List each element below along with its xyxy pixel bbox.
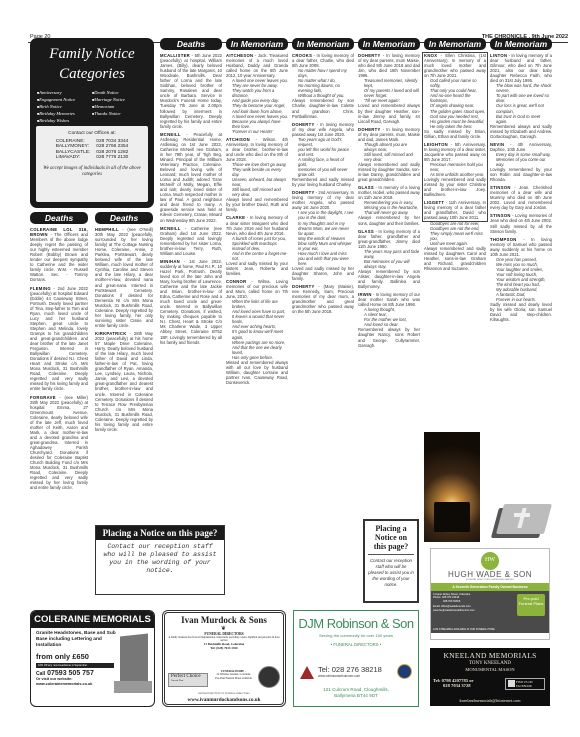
verse-line: And that the one we dearly loved, xyxy=(226,345,288,355)
notice-entry: MINIHAN - 1st June 2022, suddenly at hom… xyxy=(160,259,222,345)
notice-entry: KNOX - Ellen Christina, (1st Anniversary… xyxy=(424,53,486,139)
notice-text: - (nee O'Neill) 30th May 2022 (peacefull… xyxy=(95,227,153,328)
notice-entry: MCALLISTER - 5th June 2022 (peacefully) … xyxy=(160,53,222,129)
images-note: We accept images of individuals in all o… xyxy=(36,166,148,178)
verse-line: How much I love and miss you and wish th… xyxy=(292,251,354,266)
in-memoriam-heading-2: In Memoriam xyxy=(292,38,354,50)
notice-text: - 2nd June 2022 (peacefully) at hospital… xyxy=(30,286,88,392)
notice-text: - The Officers and Members of the above … xyxy=(30,232,88,282)
category-item: Memoriam xyxy=(92,104,147,109)
prepaid-plans-badge: Pre-paid Funeral Plans xyxy=(517,594,545,616)
verse-line: Still loved, still missed and very dear. xyxy=(358,152,420,162)
notice-signoff: Always remembered and sadly missed by da… xyxy=(358,162,420,182)
djm-robinson-ad: DJM Robinson & Son Serving the community… xyxy=(293,610,419,707)
headstone-base xyxy=(114,681,152,693)
verse-line: Sprinkled with teardrops instead of dew, xyxy=(226,241,288,251)
in-memoriam-heading-3: In Memoriam xyxy=(358,38,420,50)
coleraine-memorials-ad: COLERAINE MEMORIALS Granite Headstones, … xyxy=(30,610,155,707)
notice-signoff: Sadly missed and dearly loved by his wif… xyxy=(490,302,552,322)
contact-box: Contact our Offices at: COLERAINE:028 70… xyxy=(36,126,148,202)
column-memoriam-5: LINTON - In loving memory of a dear husb… xyxy=(490,53,552,523)
column-deaths-1: COLERAINE LOL 316, BROWN - The Officers … xyxy=(30,227,88,597)
notice-entry: FLEMING - 2nd June 2022 (peacefully) at … xyxy=(30,286,88,392)
notice-signoff: Always remembered by son Charlie, daught… xyxy=(292,98,354,118)
notice-entry: IRWIN - In loving memory of our dear mot… xyxy=(358,292,420,348)
verse-line: Because you always have their love. xyxy=(226,119,288,129)
kneeland-memorials-ad: KNEELAND MEMORIALS TONY KNEELAND MONUMEN… xyxy=(430,648,550,706)
notice-text: - In loving memory of a dear husband and… xyxy=(490,53,552,83)
notice-signoff: Remembered always by her daughter Nancy,… xyxy=(358,327,420,347)
notice-entry: CROOKS - In loving memory of a dear fath… xyxy=(292,53,354,119)
notice-entry: AITCHESON - Jock. Treasured memories of … xyxy=(226,53,288,134)
column-memoriam-4: KNOX - Ellen Christina, (1st Anniversary… xyxy=(424,53,486,473)
verse-line: Of my parents I loved and will never for… xyxy=(358,88,420,98)
category-list: AnniversaryDeath NoticeEngagement Notice… xyxy=(30,84,154,123)
verse-line: God saw you needed rest, xyxy=(424,114,486,119)
notice-signoff: Loved and remembered always by their dau… xyxy=(358,103,420,123)
notice-entry: STINSON - Loving memories of Jean who di… xyxy=(490,213,552,233)
deaths-heading-2: Deaths xyxy=(95,212,153,224)
verse-line: Our loss is great, we'll not complain, xyxy=(490,103,552,113)
badge-icon xyxy=(397,664,412,679)
notice-text: - 5th June 2022 (peacefully) at hospital… xyxy=(160,53,222,129)
notice-signoff: Always remembered by her sons, daughter … xyxy=(358,215,420,225)
family-notice-box: Family NoticeCategories AnniversaryDeath… xyxy=(30,38,154,208)
category-item: Death Notice xyxy=(92,90,147,95)
verse-line: No morning dawns, no evening falls, xyxy=(292,83,354,93)
notice-text: - (nee Miller) 28th May 2022 (peacefully… xyxy=(30,395,88,491)
office-phone: 028 7776 2130 xyxy=(93,155,131,160)
notice-entry: THOMPSON - In loving memory of Samuel wh… xyxy=(490,237,552,323)
in-memoriam-heading-1: In Memoriam xyxy=(226,38,288,50)
family-notice-title: Family NoticeCategories xyxy=(30,44,154,84)
notice-signoff: Lovingly remembered by your son Robin an… xyxy=(490,167,552,182)
notice-entry: ATCHISON - Wilson. 4th Anniversary. In l… xyxy=(226,137,288,213)
verse-line: memories of you will never grow old. xyxy=(292,167,354,177)
notice-signoff: Missed and remembered always with all ou… xyxy=(226,360,288,385)
notice-entry: LIGGETT - 11th Anniversary. In loving me… xyxy=(424,200,486,271)
notice-entry: CONNOR - Wilma. Loving memories of our p… xyxy=(226,279,288,385)
memorials-phone: 07593 505 757 xyxy=(47,670,94,677)
notice-entry: MCNEILL - Catherine (nee Graham) died 1s… xyxy=(160,226,222,256)
verse-line: When the links of life are broken, xyxy=(226,299,288,309)
category-item: Marriage Notice xyxy=(92,97,147,102)
verse-line: Though absent you are always near, xyxy=(358,142,420,152)
verse-line: They simply mean we'll miss you, xyxy=(424,231,486,241)
notice-signoff: Lovingly remembered and sadly missed by … xyxy=(424,177,486,197)
hugh-wade-logo: HW xyxy=(481,552,499,570)
notice-entry: FORGRAVE - (nee Miller) 28th May 2022 (p… xyxy=(30,395,88,491)
verse-line: Goodbyes are not the end, xyxy=(424,226,486,231)
category-item: Thanks Notice xyxy=(92,111,147,116)
verse-line: 'Forever in our Hearts' xyxy=(226,129,288,134)
column-memoriam-3: DOHERTY - In loving memory of my dear pa… xyxy=(358,53,420,523)
in-memoriam-heading-5: In Memoriam xyxy=(490,38,552,50)
facebook-icon xyxy=(508,680,515,687)
notice-entry: MCNEILL - Peacefully at Ardlenaig Reside… xyxy=(160,132,222,223)
verse-line: May the winds of Heaven blow softly Mum … xyxy=(292,236,354,251)
verse-line: It leaves a wound that never heals, xyxy=(226,314,288,324)
column-deaths-3: MCALLISTER - 5th June 2022 (peacefully) … xyxy=(160,53,222,508)
verse-line: But trust in God to meet again. xyxy=(490,114,552,124)
verse-line: Memories of you come our way. xyxy=(490,157,552,167)
verse-line: But memories of you will always stay. xyxy=(358,259,420,269)
notice-entry: DOHERTY - 2nd Anniversary. In loving mem… xyxy=(292,190,354,281)
notice-entry: DOHERTY - In loving memory of my dear wi… xyxy=(292,122,354,188)
deaths-heading-3: Deaths xyxy=(160,38,222,50)
office-name: LIMAVADY: xyxy=(53,155,94,160)
verse-line: They do become your Angel, xyxy=(226,103,288,108)
candle-image xyxy=(424,432,480,542)
notice-entry: DOHERTY - In loving memory of my dear pa… xyxy=(358,127,420,183)
headstone-image xyxy=(120,634,148,687)
deaths-heading-1: Deaths xyxy=(30,212,88,224)
verse-line: Precious memories hold you near, xyxy=(424,162,486,172)
murdock-website[interactable]: www.ivanmurdockandsons.co.uk xyxy=(165,697,283,703)
notice-signoff: Always remembered by son Alister, daught… xyxy=(358,269,420,289)
verse-line: I see you in the daylight, I see you in … xyxy=(292,210,354,220)
verse-line: God called your name so softly, xyxy=(424,78,486,88)
notice-entry: LINTON - In loving memory of a dear husb… xyxy=(490,53,552,139)
office-row: LIMAVADY:028 7776 2130 xyxy=(53,155,132,160)
verse-line: A loved one never leaves you. xyxy=(226,114,288,119)
column-deaths-2: HEMPHILL - (nee O'Neill) 30th May 2022 (… xyxy=(95,227,153,507)
in-memoriam-heading-4: In Memoriam xyxy=(424,38,486,50)
notice-text: - 28th May 2022 (peacefully) at his home… xyxy=(95,331,153,432)
verse-line: A bunch of roses just for you, xyxy=(226,236,288,241)
verse-line: And look down from above, xyxy=(226,109,288,114)
notice-entry: STINSON - Jean. Cherished memories of a … xyxy=(490,185,552,210)
verse-line: Unseen, unheard, but always near, xyxy=(226,177,288,187)
notice-entry: DOHERTY - In loving memory of my dear pa… xyxy=(358,53,420,124)
category-item: Birthday Memories xyxy=(37,111,92,116)
office-table: COLERAINE:028 7034 3344BALLYMONEY:028 27… xyxy=(53,139,132,161)
verse-line: you left this world for peace and rest. xyxy=(292,147,354,157)
notice-signoff: Loved and sadly missed by your sisters J… xyxy=(226,261,288,276)
notice-text: - Catherine (nee Graham) died 1st June 2… xyxy=(160,226,222,256)
notice-signoff: Always loved and remembered by your brot… xyxy=(226,197,288,212)
kneeland-email[interactable]: kneelandmemorials@btinternet.com xyxy=(430,698,550,703)
verse-line: Still loved, still missed and very dear. xyxy=(226,187,288,197)
crest-icon xyxy=(258,666,280,688)
notice-entry: NEVIN - 4th Anniversary, Daphne, 10th Ju… xyxy=(490,142,552,182)
notice-entry: LEIGHTON - 5th Anniversary. In loving me… xyxy=(424,142,486,198)
notice-signoff: Remembered and sadly missed by your lovi… xyxy=(292,177,354,187)
category-item: Birth Notice xyxy=(37,104,92,109)
notice-entry: COLERAINE LOL 316, BROWN - The Officers … xyxy=(30,227,88,283)
verse-line: A smiling face, a heart of gold, xyxy=(292,157,354,167)
verse-line: And no-one heard the footsteps, xyxy=(424,93,486,103)
notice-signoff: Loved and sadly missed by her daughter S… xyxy=(292,266,354,281)
category-item: Birthday Wishes xyxy=(37,118,92,123)
verse-line: His garden must be beautiful, xyxy=(424,119,486,124)
hugh-wade-ad: HW HUGH WADE & SON FUNERAL DIRECTORS & M… xyxy=(430,548,550,640)
verse-line: To part with one we loved so dear. xyxy=(490,93,552,103)
verse-line: Two years ago at God's request, xyxy=(292,137,354,147)
notice-signoff: Always remembered and sadly missed by da… xyxy=(424,246,486,271)
notice-entry: DOHERTY - (Mary (Maisie), nee Kennedy, S… xyxy=(292,284,354,314)
notice-signoff: So sadly missed by Brian, Gillian, Ethan… xyxy=(424,129,486,139)
verse-line: They watch you from a distance, xyxy=(226,88,288,98)
category-item: Engagement Notice xyxy=(37,97,92,102)
verse-line: No matter how I spend my days, xyxy=(292,68,354,78)
notice-entry: GLASS - In loving memory of a dear fathe… xyxy=(358,229,420,290)
notice-text: - (Mary (Maisie), nee Kennedy, Sam, Prec… xyxy=(292,284,354,314)
bible-image xyxy=(490,500,552,544)
ornament-icon: ❦ xyxy=(165,625,283,632)
verse-line: In my thoughts and in my dreams Mum, we … xyxy=(292,221,354,236)
notice-entry: CLARKE - In loving memory of a dear sist… xyxy=(226,215,288,276)
verse-line: Where partings are no more, xyxy=(226,340,288,345)
verse-line: The blow was hard, the shock severe, xyxy=(490,83,552,93)
verse-line: Treasured memories, silently kept, xyxy=(358,78,420,88)
verse-line: The golden gates stood open, xyxy=(424,109,486,114)
category-item: Anniversary xyxy=(37,90,92,95)
notice-entry: GLASS - In memory of a loving mother, Is… xyxy=(358,185,420,225)
verse-line: Goodbyes are not for ever, xyxy=(424,221,486,226)
notice-entry: KIRKPATRICK - 28th May 2022 (peacefully)… xyxy=(95,331,153,432)
column-memoriam-1: AITCHESON - Jock. Treasured memories of … xyxy=(226,53,288,598)
column-memoriam-2: CROOKS - In loving memory of a dear fath… xyxy=(292,53,354,598)
notice-text: - Peacefully at Ardlenaig Residential Ho… xyxy=(160,132,222,223)
placing-notice-box-narrow: Placing a Notice on this page? Contact o… xyxy=(363,519,419,603)
verse-line: It's good to know we'll meet again, xyxy=(226,329,288,339)
notice-entry: HEMPHILL - (nee O'Neill) 30th May 2022 (… xyxy=(95,227,153,328)
verse-line: The years may pass and fade away, xyxy=(358,249,420,259)
ivan-murdock-ad: Ivan Murdock & Sons ❦ FUNERAL DIRECTORS … xyxy=(162,610,286,707)
warning-logo-icon xyxy=(300,666,314,679)
placing-notice-box-wide: Placing a Notice on this page? Contact o… xyxy=(95,525,225,595)
verse-line: And in the centre a forget-me-not. xyxy=(226,251,288,261)
verse-line: They walk beside us every day. xyxy=(226,167,288,177)
notice-signoff: Remembered always and sadly missed by El… xyxy=(490,124,552,139)
notice-text: - 1st June 2022, suddenly at home, Paul … xyxy=(160,259,222,345)
